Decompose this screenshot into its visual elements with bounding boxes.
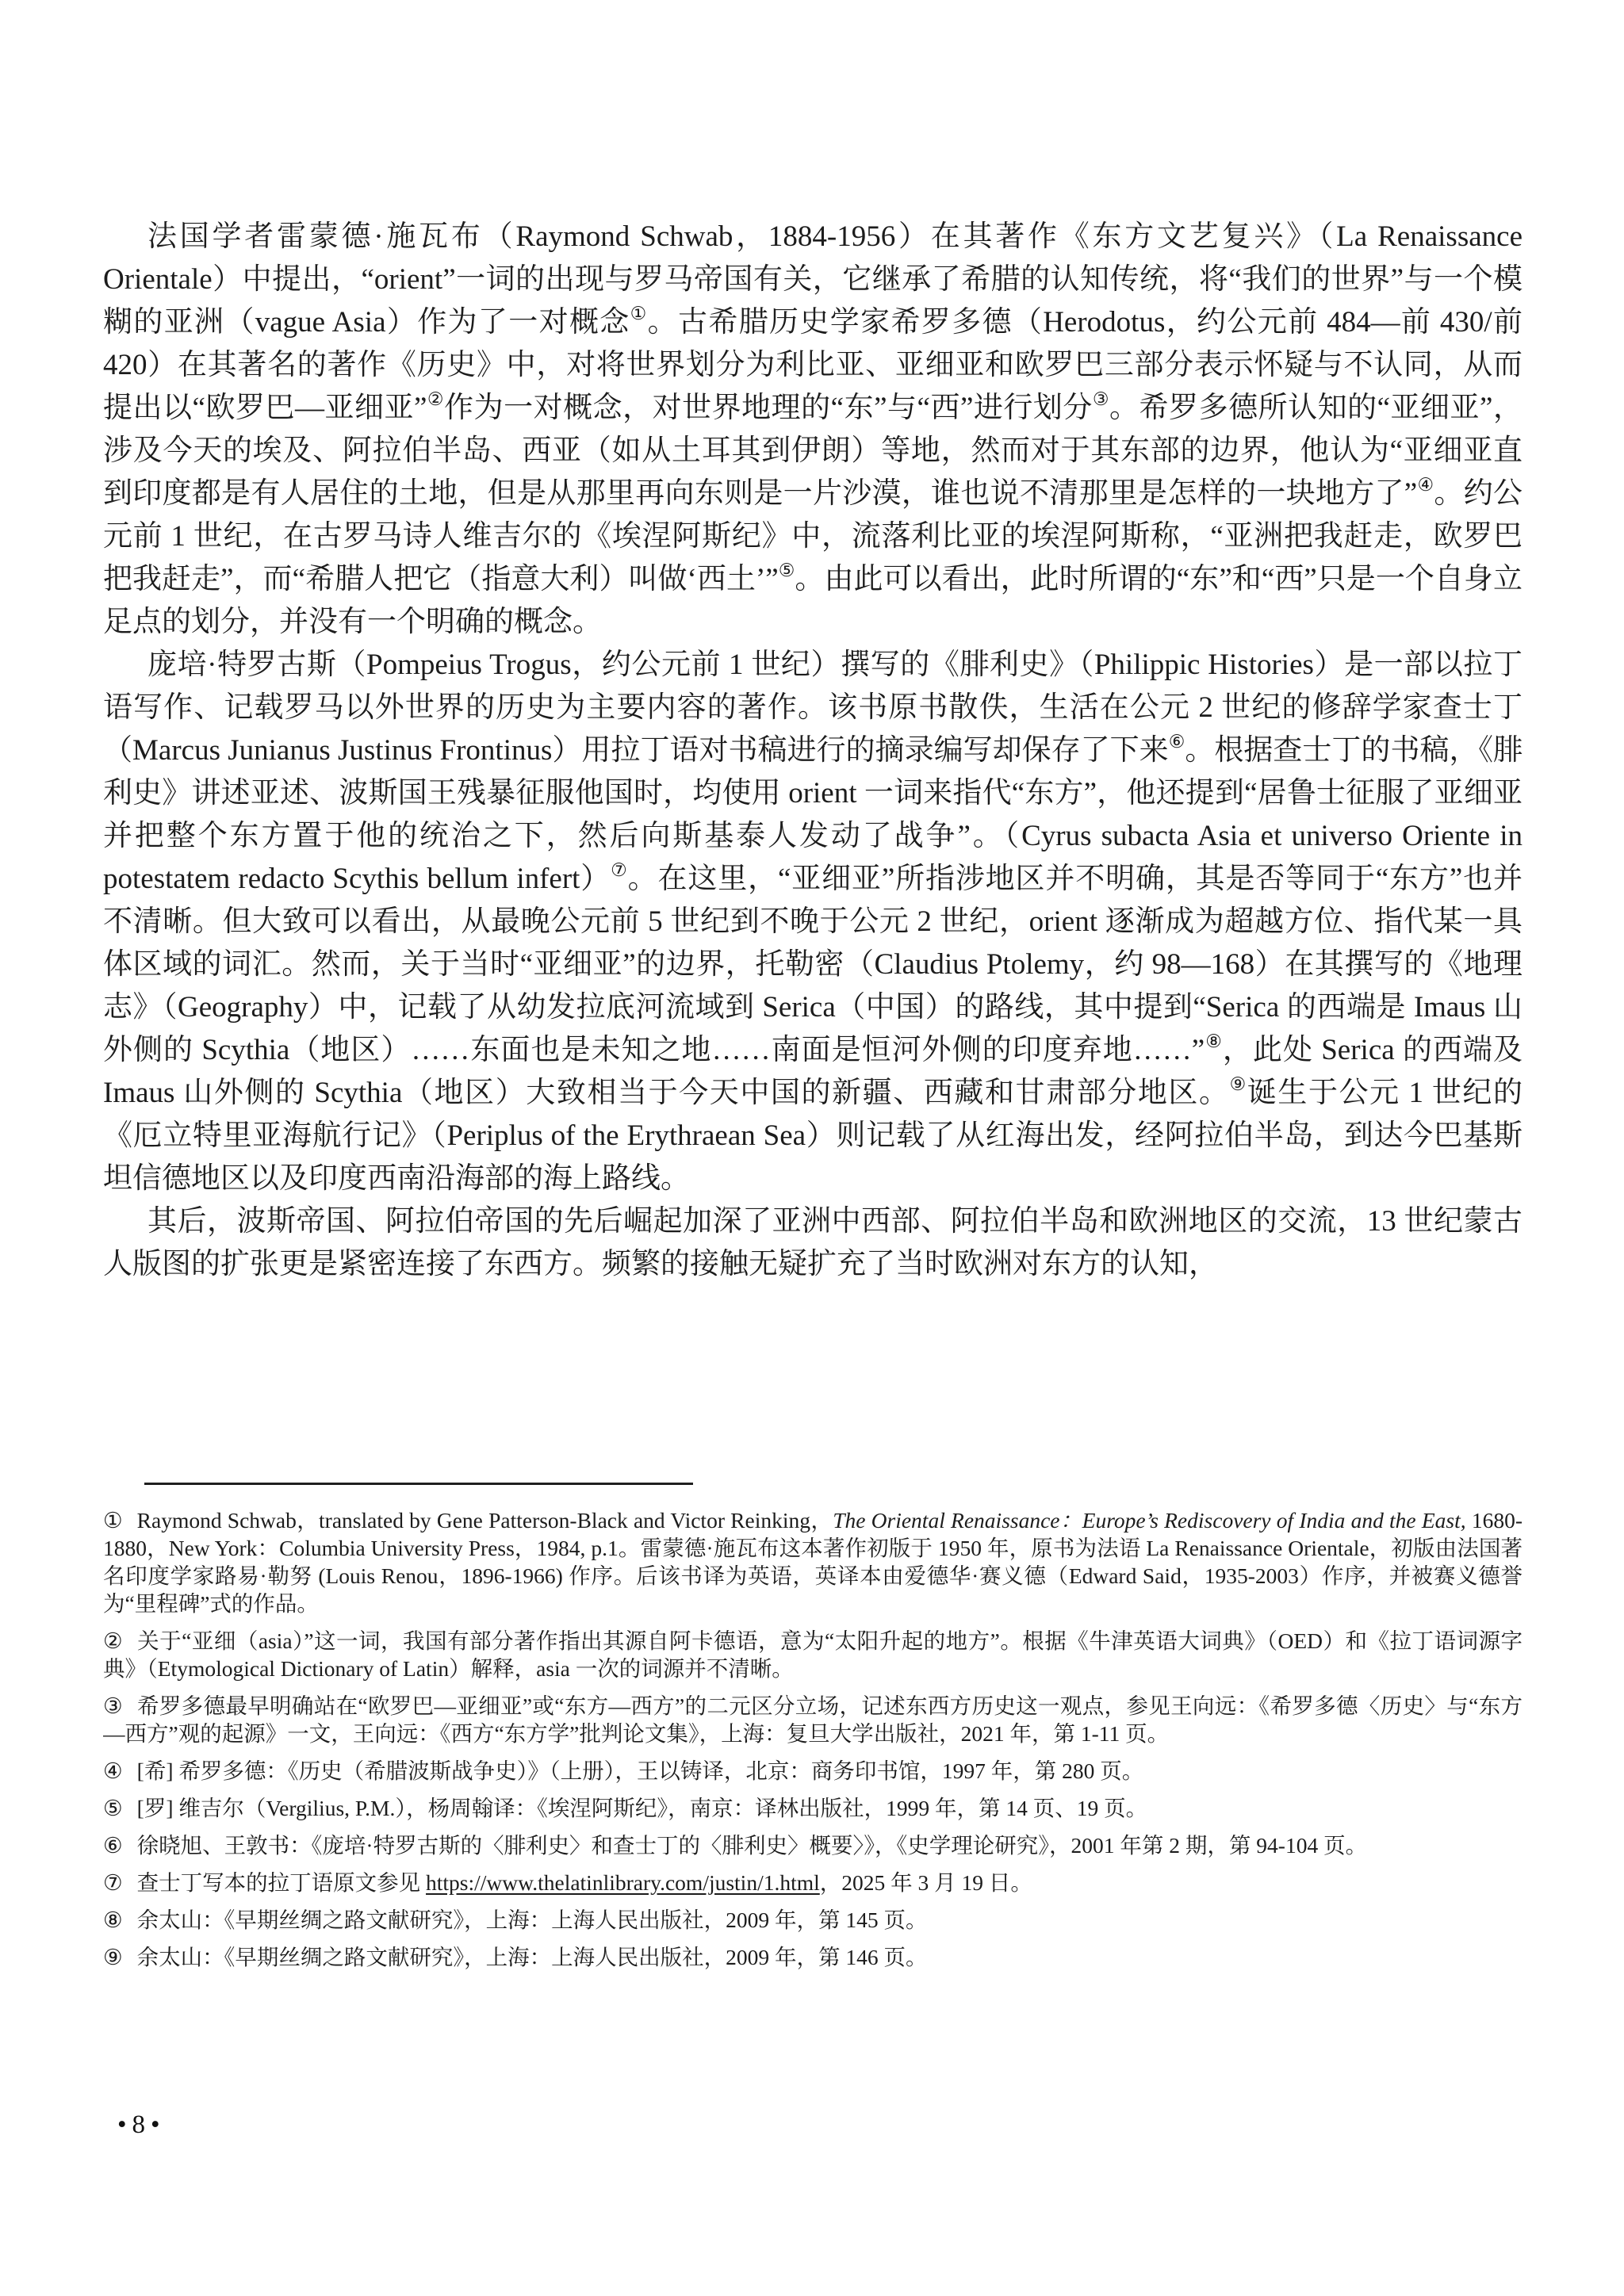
body-paragraph: 庞培·特罗古斯（Pompeius Trogus，约公元前 1 世纪）撰写的《腓利… <box>103 644 1522 1200</box>
footnote-text: Raymond Schwab，translated by Gene Patter… <box>103 1508 1522 1616</box>
footnote-marker: ① <box>103 1506 123 1534</box>
footnote-marker: ⑦ <box>103 1869 123 1896</box>
footnote-marker: ⑨ <box>103 1943 123 1971</box>
footnotes-section: ①Raymond Schwab，translated by Gene Patte… <box>103 1506 1522 2085</box>
footnote-ref-marker: ② <box>427 389 444 409</box>
footnote-ref-marker: ⑦ <box>611 860 627 880</box>
footnote-text: 查士丁写本的拉丁语原文参见 https://www.thelatinlibrar… <box>137 1870 1032 1895</box>
footnote: ④[希] 希罗多德：《历史（希腊波斯战争史）》（上册），王以铸译，北京：商务印书… <box>103 1757 1522 1785</box>
footnote-ref-marker: ① <box>630 304 648 323</box>
footnote: ③希罗多德最早明确站在“欧罗巴—亚细亚”或“东方—西方”的二元区分立场，记述东西… <box>103 1692 1522 1747</box>
footnote-marker: ⑧ <box>103 1906 123 1934</box>
footnote-marker: ③ <box>103 1692 123 1720</box>
footnote-ref-marker: ⑨ <box>1230 1074 1247 1094</box>
body-paragraph: 法国学者雷蒙德·施瓦布（Raymond Schwab，1884-1956）在其著… <box>103 216 1522 644</box>
text-run: [罗] 维吉尔（Vergilius, P.M.），杨周翰译：《埃涅阿斯纪》，南京… <box>137 1796 1147 1820</box>
footnote-separator <box>144 1483 693 1485</box>
footnote-text: [希] 希罗多德：《历史（希腊波斯战争史）》（上册），王以铸译，北京：商务印书馆… <box>137 1758 1144 1783</box>
text-run: 作为一对概念，对世界地理的“东”与“西”进行划分 <box>444 392 1093 424</box>
footnote-marker: ④ <box>103 1757 123 1785</box>
footnote-marker: ⑥ <box>103 1831 123 1859</box>
text-run: 徐晓旭、王敦书：《庞培·特罗古斯的〈腓利史〉和查士丁的〈腓利史〉概要〉》，《史学… <box>137 1833 1367 1858</box>
footnote: ⑧余太山：《早期丝绸之路文献研究》，上海：上海人民出版社，2009 年，第 14… <box>103 1906 1522 1934</box>
text-run: 余太山：《早期丝绸之路文献研究》，上海：上海人民出版社，2009 年，第 145… <box>137 1908 928 1932</box>
footnote-ref-marker: ⑤ <box>779 561 795 580</box>
footnote-ref-marker: ⑥ <box>1169 732 1185 752</box>
footnote: ⑨余太山：《早期丝绸之路文献研究》，上海：上海人民出版社，2009 年，第 14… <box>103 1943 1522 1971</box>
footnote-marker: ⑤ <box>103 1794 123 1822</box>
footnote-text: 余太山：《早期丝绸之路文献研究》，上海：上海人民出版社，2009 年，第 146… <box>137 1945 928 1969</box>
footnote-text: 徐晓旭、王敦书：《庞培·特罗古斯的〈腓利史〉和查士丁的〈腓利史〉概要〉》，《史学… <box>137 1833 1367 1858</box>
footnote-ref-marker: ⑧ <box>1205 1031 1223 1051</box>
footnote-marker: ② <box>103 1627 123 1655</box>
page-content: 法国学者雷蒙德·施瓦布（Raymond Schwab，1884-1956）在其著… <box>103 216 1522 1476</box>
footnote-url: https://www.thelatinlibrary.com/justin/1… <box>426 1870 820 1895</box>
footnote: ①Raymond Schwab，translated by Gene Patte… <box>103 1506 1522 1617</box>
footnote: ②关于“亚细（asia）”这一词，我国有部分著作指出其源自阿卡德语，意为“太阳升… <box>103 1627 1522 1682</box>
footnote-text: 余太山：《早期丝绸之路文献研究》，上海：上海人民出版社，2009 年，第 145… <box>137 1908 928 1932</box>
footnote-text: 关于“亚细（asia）”这一词，我国有部分著作指出其源自阿卡德语，意为“太阳升起… <box>103 1628 1522 1681</box>
footnote-ref-marker: ④ <box>1417 475 1434 495</box>
text-run: ，2025 年 3 月 19 日。 <box>820 1870 1032 1895</box>
document-page: 法国学者雷蒙德·施瓦布（Raymond Schwab，1884-1956）在其著… <box>0 0 1624 2296</box>
text-run: [希] 希罗多德：《历史（希腊波斯战争史）》（上册），王以铸译，北京：商务印书馆… <box>137 1758 1144 1783</box>
page-number: •8• <box>117 2110 166 2140</box>
text-run: 希罗多德最早明确站在“欧罗巴—亚细亚”或“东方—西方”的二元区分立场，记述东西方… <box>103 1693 1522 1746</box>
footnote: ⑦查士丁写本的拉丁语原文参见 https://www.thelatinlibra… <box>103 1869 1522 1896</box>
text-run: 关于“亚细（asia）”这一词，我国有部分著作指出其源自阿卡德语，意为“太阳升起… <box>103 1628 1522 1681</box>
italic-title: The Oriental Renaissance：Europe’s Redisc… <box>833 1508 1465 1533</box>
text-run: Raymond Schwab，translated by Gene Patter… <box>137 1508 833 1533</box>
text-run: 其后，波斯帝国、阿拉伯帝国的先后崛起加深了亚洲中西部、阿拉伯半岛和欧洲地区的交流… <box>103 1205 1522 1280</box>
article-body: 法国学者雷蒙德·施瓦布（Raymond Schwab，1884-1956）在其著… <box>103 216 1522 1476</box>
footnote-ref-marker: ③ <box>1093 389 1109 409</box>
footnote-text: 希罗多德最早明确站在“欧罗巴—亚细亚”或“东方—西方”的二元区分立场，记述东西方… <box>103 1693 1522 1746</box>
text-run: 余太山：《早期丝绸之路文献研究》，上海：上海人民出版社，2009 年，第 146… <box>137 1945 928 1969</box>
footnote: ⑥徐晓旭、王敦书：《庞培·特罗古斯的〈腓利史〉和查士丁的〈腓利史〉概要〉》，《史… <box>103 1831 1522 1859</box>
footnote-text: [罗] 维吉尔（Vergilius, P.M.），杨周翰译：《埃涅阿斯纪》，南京… <box>137 1796 1147 1820</box>
body-paragraph: 其后，波斯帝国、阿拉伯帝国的先后崛起加深了亚洲中西部、阿拉伯半岛和欧洲地区的交流… <box>103 1200 1522 1286</box>
text-run: 查士丁写本的拉丁语原文参见 <box>137 1870 426 1895</box>
footnote: ⑤[罗] 维吉尔（Vergilius, P.M.），杨周翰译：《埃涅阿斯纪》，南… <box>103 1794 1522 1822</box>
